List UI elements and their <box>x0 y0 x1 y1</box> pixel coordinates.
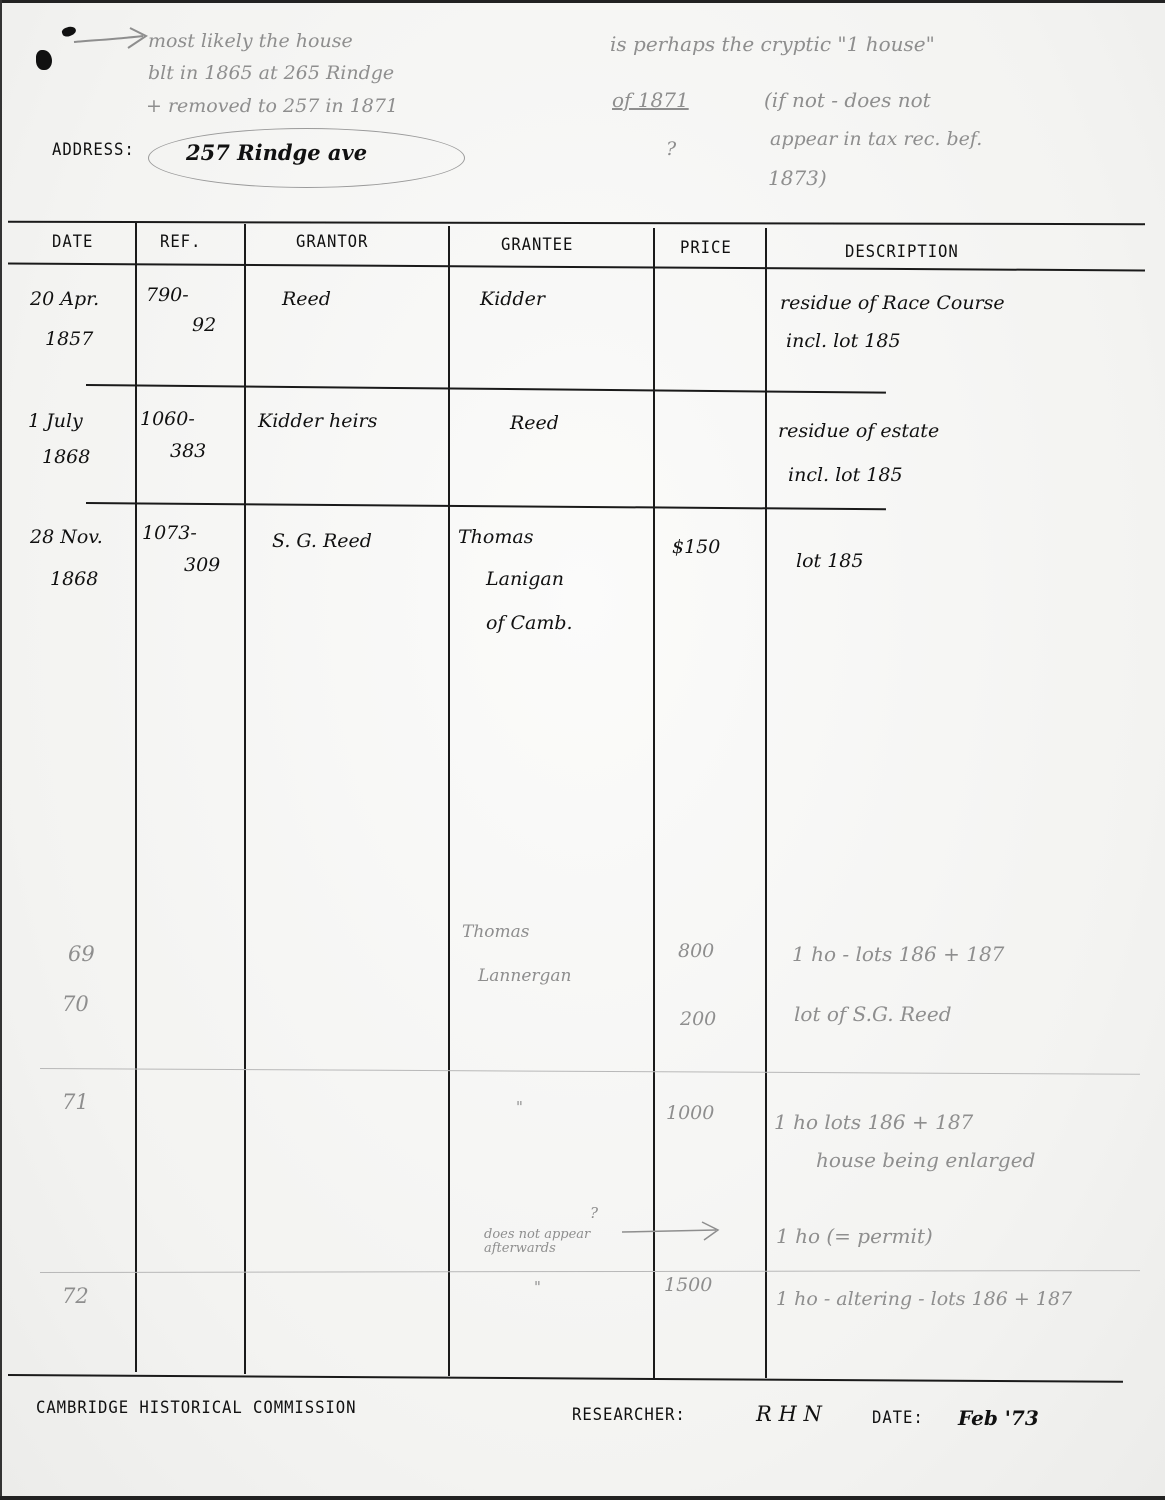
tax-price: 1500 <box>664 1274 712 1296</box>
tax-grantee-ditto: " <box>534 1278 541 1296</box>
row-grantee: Kidder <box>480 288 545 310</box>
row-grantor: S. G. Reed <box>272 530 372 552</box>
row-grantee: Reed <box>510 412 559 434</box>
row-ref-page: 383 <box>170 440 206 462</box>
column-divider <box>765 228 767 1378</box>
row-grantor: Reed <box>282 288 331 310</box>
row-date-year: 1868 <box>42 446 90 468</box>
column-divider <box>653 228 655 1378</box>
address-value: 257 Rindge ave <box>186 140 367 165</box>
tax-grantee: Lannergan <box>478 966 571 986</box>
column-header-date: DATE <box>52 232 93 252</box>
column-header-grantor: GRANTOR <box>296 232 368 252</box>
row-grantee: Lanigan <box>486 568 564 590</box>
arrow-icon <box>68 22 158 62</box>
researcher-label: RESEARCHER: <box>572 1405 686 1425</box>
scan-edge-top <box>0 0 1165 3</box>
pencil-row-divider <box>40 1270 1140 1273</box>
address-label: ADDRESS: <box>52 140 135 160</box>
column-header-price: PRICE <box>680 238 732 258</box>
row-description: lot 185 <box>796 550 863 572</box>
tax-year: 70 <box>62 992 89 1016</box>
margin-note-line: most likely the house <box>148 30 353 52</box>
column-divider <box>244 224 246 1374</box>
row-date-year: 1857 <box>45 328 93 350</box>
row-description: incl. lot 185 <box>788 464 903 486</box>
tax-year: 72 <box>62 1284 89 1308</box>
researcher-value: R H N <box>756 1402 822 1426</box>
date-value: Feb '73 <box>958 1406 1039 1430</box>
tax-question-mark: ? <box>590 1204 598 1222</box>
column-header-grantee: GRANTEE <box>501 235 573 255</box>
column-divider <box>135 222 137 1372</box>
row-description: residue of Race Course <box>780 292 1005 314</box>
row-grantor: Kidder heirs <box>258 410 377 432</box>
scan-edge-bottom <box>0 1496 1165 1500</box>
column-header-description: DESCRIPTION <box>845 242 959 262</box>
organization-name: CAMBRIDGE HISTORICAL COMMISSION <box>36 1398 356 1418</box>
margin-note-line: appear in tax rec. bef. <box>770 128 982 150</box>
row-ref: 790- <box>146 284 189 306</box>
row-ref-page: 309 <box>184 554 220 576</box>
row-ref-page: 92 <box>192 314 216 336</box>
tax-description: lot of S.G. Reed <box>794 1002 952 1026</box>
tax-description: 1 ho lots 186 + 187 <box>774 1110 973 1134</box>
row-grantee: Thomas <box>458 526 533 548</box>
row-price: $150 <box>672 536 720 558</box>
column-divider <box>448 226 450 1376</box>
header-bottom-rule <box>8 263 1145 272</box>
row-description: residue of estate <box>778 420 939 442</box>
row-date-year: 1868 <box>50 568 98 590</box>
margin-note-line: is perhaps the cryptic "1 house" <box>610 32 935 56</box>
margin-note-line: 1873) <box>768 166 827 190</box>
tax-price: 800 <box>678 940 714 962</box>
arrow-icon <box>620 1218 724 1246</box>
table-top-rule <box>8 221 1145 225</box>
margin-note-line: ? <box>666 138 676 160</box>
tax-price: 1000 <box>666 1102 714 1124</box>
row-ref: 1073- <box>142 522 197 544</box>
row-grantee: of Camb. <box>486 612 573 634</box>
row-date: 28 Nov. <box>30 526 103 548</box>
row-date: 20 Apr. <box>30 288 99 310</box>
tax-description: 1 ho (= permit) <box>776 1224 933 1248</box>
tax-description: house being enlarged <box>816 1148 1035 1172</box>
tax-grantee: Thomas <box>462 922 530 942</box>
row-date: 1 July <box>28 410 83 432</box>
tax-year: 71 <box>62 1090 89 1114</box>
pencil-row-divider <box>40 1068 1140 1075</box>
margin-note-line: (if not - does not <box>764 88 931 112</box>
margin-note-line: + removed to 257 in 1871 <box>146 95 398 117</box>
row-ref: 1060- <box>140 408 195 430</box>
row-description: incl. lot 185 <box>786 330 901 352</box>
date-label: DATE: <box>872 1408 924 1428</box>
tax-description: 1 ho - lots 186 + 187 <box>792 942 1004 966</box>
margin-note-line: blt in 1865 at 265 Rindge <box>148 62 394 84</box>
tax-grantee-ditto: " <box>516 1098 523 1116</box>
document-page: most likely the house blt in 1865 at 265… <box>0 0 1165 1500</box>
scan-edge-left <box>0 0 2 1500</box>
tax-year: 69 <box>68 942 95 966</box>
table-bottom-rule <box>8 1374 1123 1383</box>
margin-note-line: of 1871 <box>612 88 689 112</box>
tax-price: 200 <box>680 1008 716 1030</box>
column-header-ref: REF. <box>160 232 201 252</box>
tax-description: 1 ho - altering - lots 186 + 187 <box>776 1288 1072 1310</box>
